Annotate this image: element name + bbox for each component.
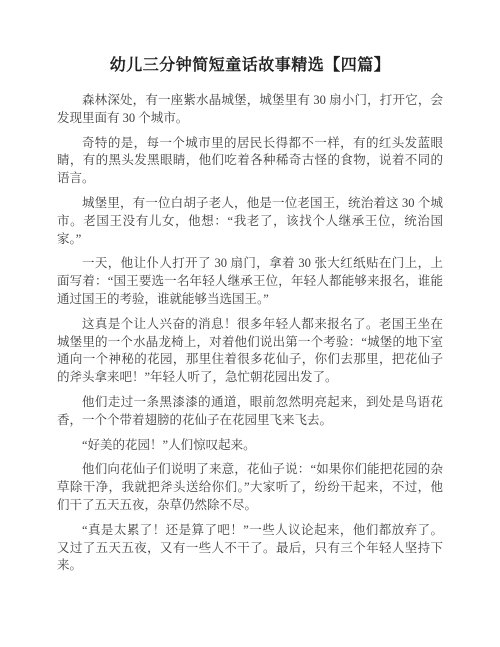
story-paragraph: “真是太累了！还是算了吧！”一些人议论起来，他们都放弃了。又过了五天五夜，又有一… bbox=[57, 522, 443, 575]
story-paragraph: 这真是个让人兴奋的消息！很多年轻人都来报名了。老国王坐在城堡里的一个水晶龙椅上，… bbox=[57, 316, 443, 387]
story-paragraph: 城堡里，有一位白胡子老人，他是一位老国王，统治着这 30 个城市。老国王没有儿女… bbox=[57, 195, 443, 248]
story-paragraph: 他们走过一条黑漆漆的通道，眼前忽然明亮起来，到处是鸟语花香，一个个带着翅膀的花仙… bbox=[57, 394, 443, 430]
story-paragraph: “好美的花园！”人们惊叹起来。 bbox=[57, 437, 443, 455]
story-body: 森林深处，有一座紫水晶城堡，城堡里有 30 扇小门，打开它，会发现里面有 30 … bbox=[57, 92, 443, 575]
story-paragraph: 森林深处，有一座紫水晶城堡，城堡里有 30 扇小门，打开它，会发现里面有 30 … bbox=[57, 92, 443, 128]
story-paragraph: 奇特的是，每一个城市里的居民长得都不一样，有的红头发蓝眼睛，有的黑头发黑眼睛，他… bbox=[57, 135, 443, 188]
document-page: 幼儿三分钟简短童话故事精选【四篇】 森林深处，有一座紫水晶城堡，城堡里有 30 … bbox=[0, 0, 500, 647]
story-paragraph: 一天，他让仆人打开了 30 扇门，拿着 30 张大红纸贴在门上，上面写着：“国王… bbox=[57, 255, 443, 308]
story-paragraph: 他们向花仙子们说明了来意，花仙子说：“如果你们能把花园的杂草除干净，我就把斧头送… bbox=[57, 461, 443, 514]
page-title: 幼儿三分钟简短童话故事精选【四篇】 bbox=[57, 54, 443, 78]
